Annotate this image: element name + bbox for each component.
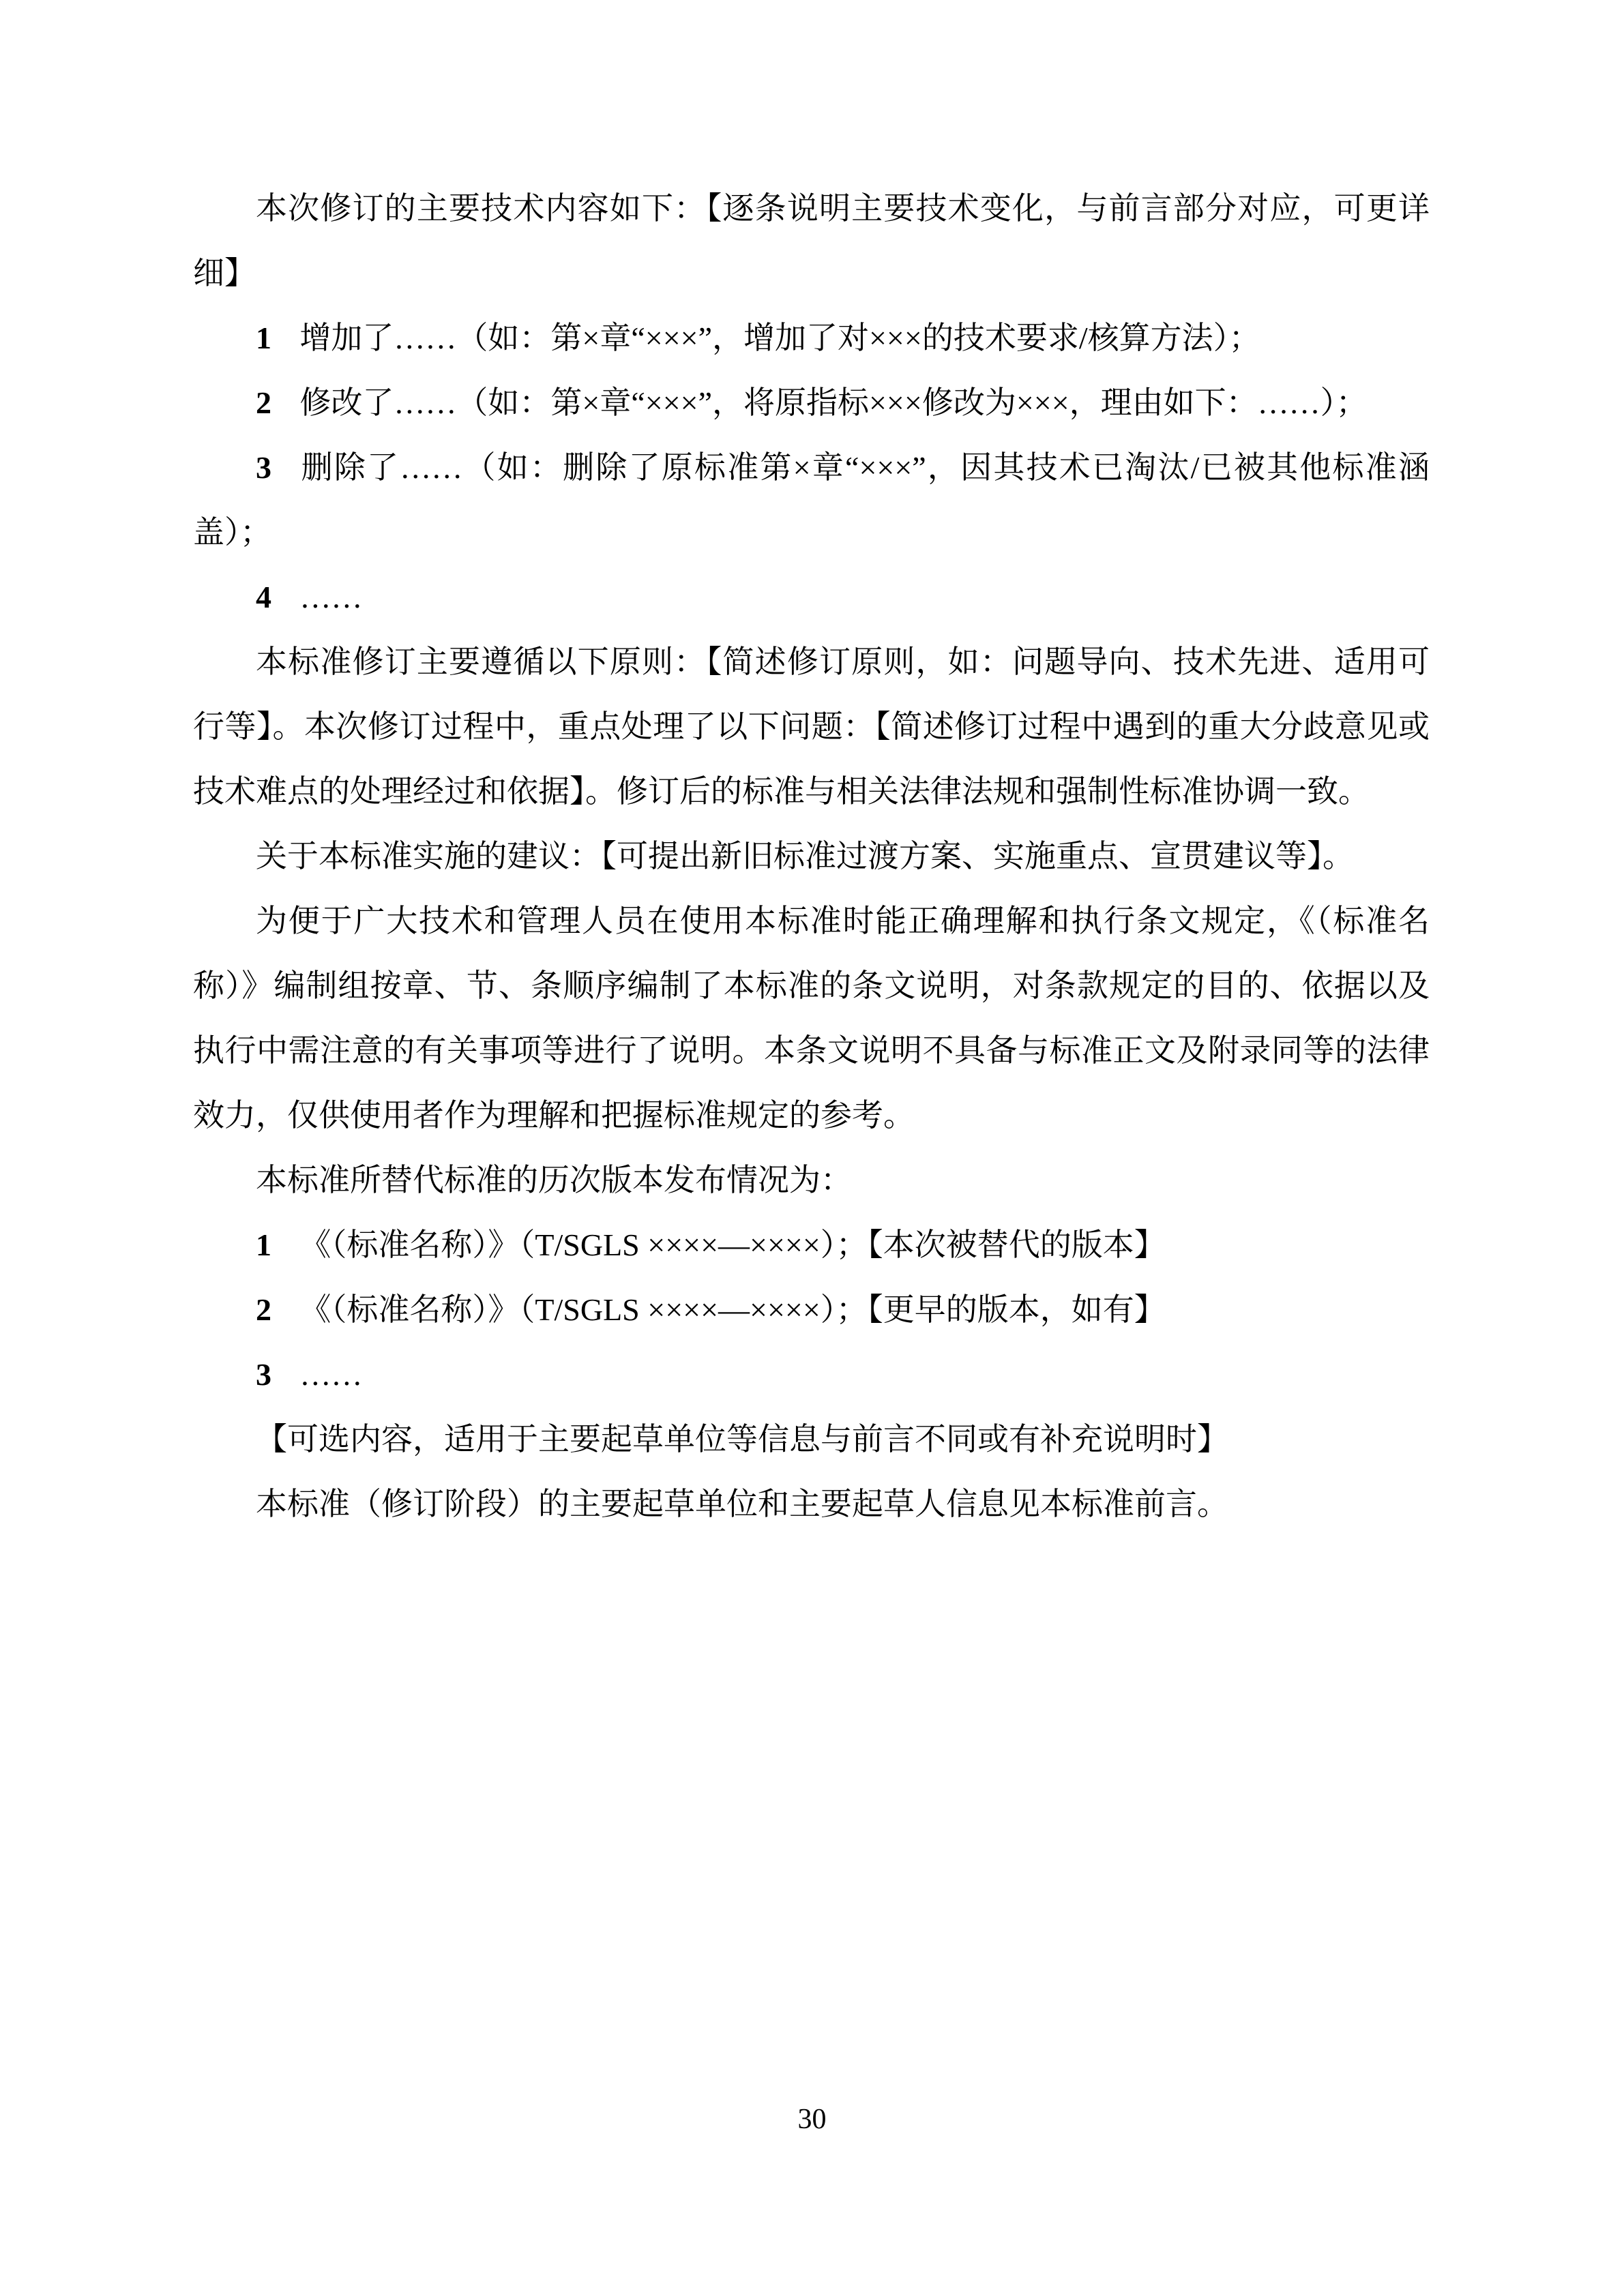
- paragraph-replaced-versions-intro: 本标准所替代标准的历次版本发布情况为：: [193, 1148, 1430, 1212]
- item-text: 《（标准名称）》（T/SGLS ××××—××××）；【本次被替代的版本】: [299, 1227, 1165, 1262]
- item-number: 4: [256, 580, 271, 614]
- paragraph-revision-principles: 本标准修订主要遵循以下原则：【简述修订原则，如：问题导向、技术先进、适用可行等】…: [193, 629, 1430, 824]
- item-text: 删除了……（如：删除了原标准第×章“×××”，因其技术已淘汰/已被其他标准涵盖）…: [193, 450, 1430, 550]
- paragraph-drafting-units-note: 本标准（修订阶段）的主要起草单位和主要起草人信息见本标准前言。: [193, 1472, 1430, 1536]
- item-text: 《（标准名称）》（T/SGLS ××××—××××）；【更早的版本，如有】: [299, 1292, 1165, 1327]
- paragraph-implementation-suggestion: 关于本标准实施的建议：【可提出新旧标准过渡方案、实施重点、宣贯建议等】。: [193, 824, 1430, 889]
- tech-change-item: 3删除了……（如：删除了原标准第×章“×××”，因其技术已淘汰/已被其他标准涵盖…: [193, 435, 1430, 565]
- item-number: 1: [256, 320, 271, 355]
- replaced-version-item: 2《（标准名称）》（T/SGLS ××××—××××）；【更早的版本，如有】: [193, 1277, 1430, 1342]
- tech-change-item: 4……: [193, 565, 1430, 629]
- item-text: ……: [299, 1357, 362, 1392]
- page-body-text: 本次修订的主要技术内容如下：【逐条说明主要技术变化，与前言部分对应，可更详细】 …: [193, 176, 1430, 1536]
- paragraph-clause-explanation: 为便于广大技术和管理人员在使用本标准时能正确理解和执行条文规定，《（标准名称）》…: [193, 889, 1430, 1148]
- item-text: 增加了……（如：第×章“×××”，增加了对×××的技术要求/核算方法）；: [299, 320, 1260, 355]
- paragraph-main-technical-content-intro: 本次修订的主要技术内容如下：【逐条说明主要技术变化，与前言部分对应，可更详细】: [193, 176, 1430, 305]
- item-text: 修改了……（如：第×章“×××”，将原指标×××修改为×××，理由如下：……）；: [299, 385, 1367, 420]
- item-number: 1: [256, 1227, 271, 1262]
- item-number: 3: [256, 450, 271, 485]
- item-number: 2: [256, 385, 271, 420]
- item-text: ……: [299, 580, 362, 614]
- document-page: 本次修订的主要技术内容如下：【逐条说明主要技术变化，与前言部分对应，可更详细】 …: [0, 0, 1624, 2296]
- replaced-version-item: 3……: [193, 1342, 1430, 1407]
- item-number: 2: [256, 1292, 271, 1327]
- paragraph-optional-content-note: 【可选内容，适用于主要起草单位等信息与前言不同或有补充说明时】: [193, 1407, 1430, 1472]
- tech-change-item: 2修改了……（如：第×章“×××”，将原指标×××修改为×××，理由如下：……）…: [193, 370, 1430, 435]
- tech-change-item: 1增加了……（如：第×章“×××”，增加了对×××的技术要求/核算方法）；: [193, 305, 1430, 370]
- replaced-version-item: 1《（标准名称）》（T/SGLS ××××—××××）；【本次被替代的版本】: [193, 1212, 1430, 1277]
- item-number: 3: [256, 1357, 271, 1392]
- page-number: 30: [0, 2099, 1624, 2140]
